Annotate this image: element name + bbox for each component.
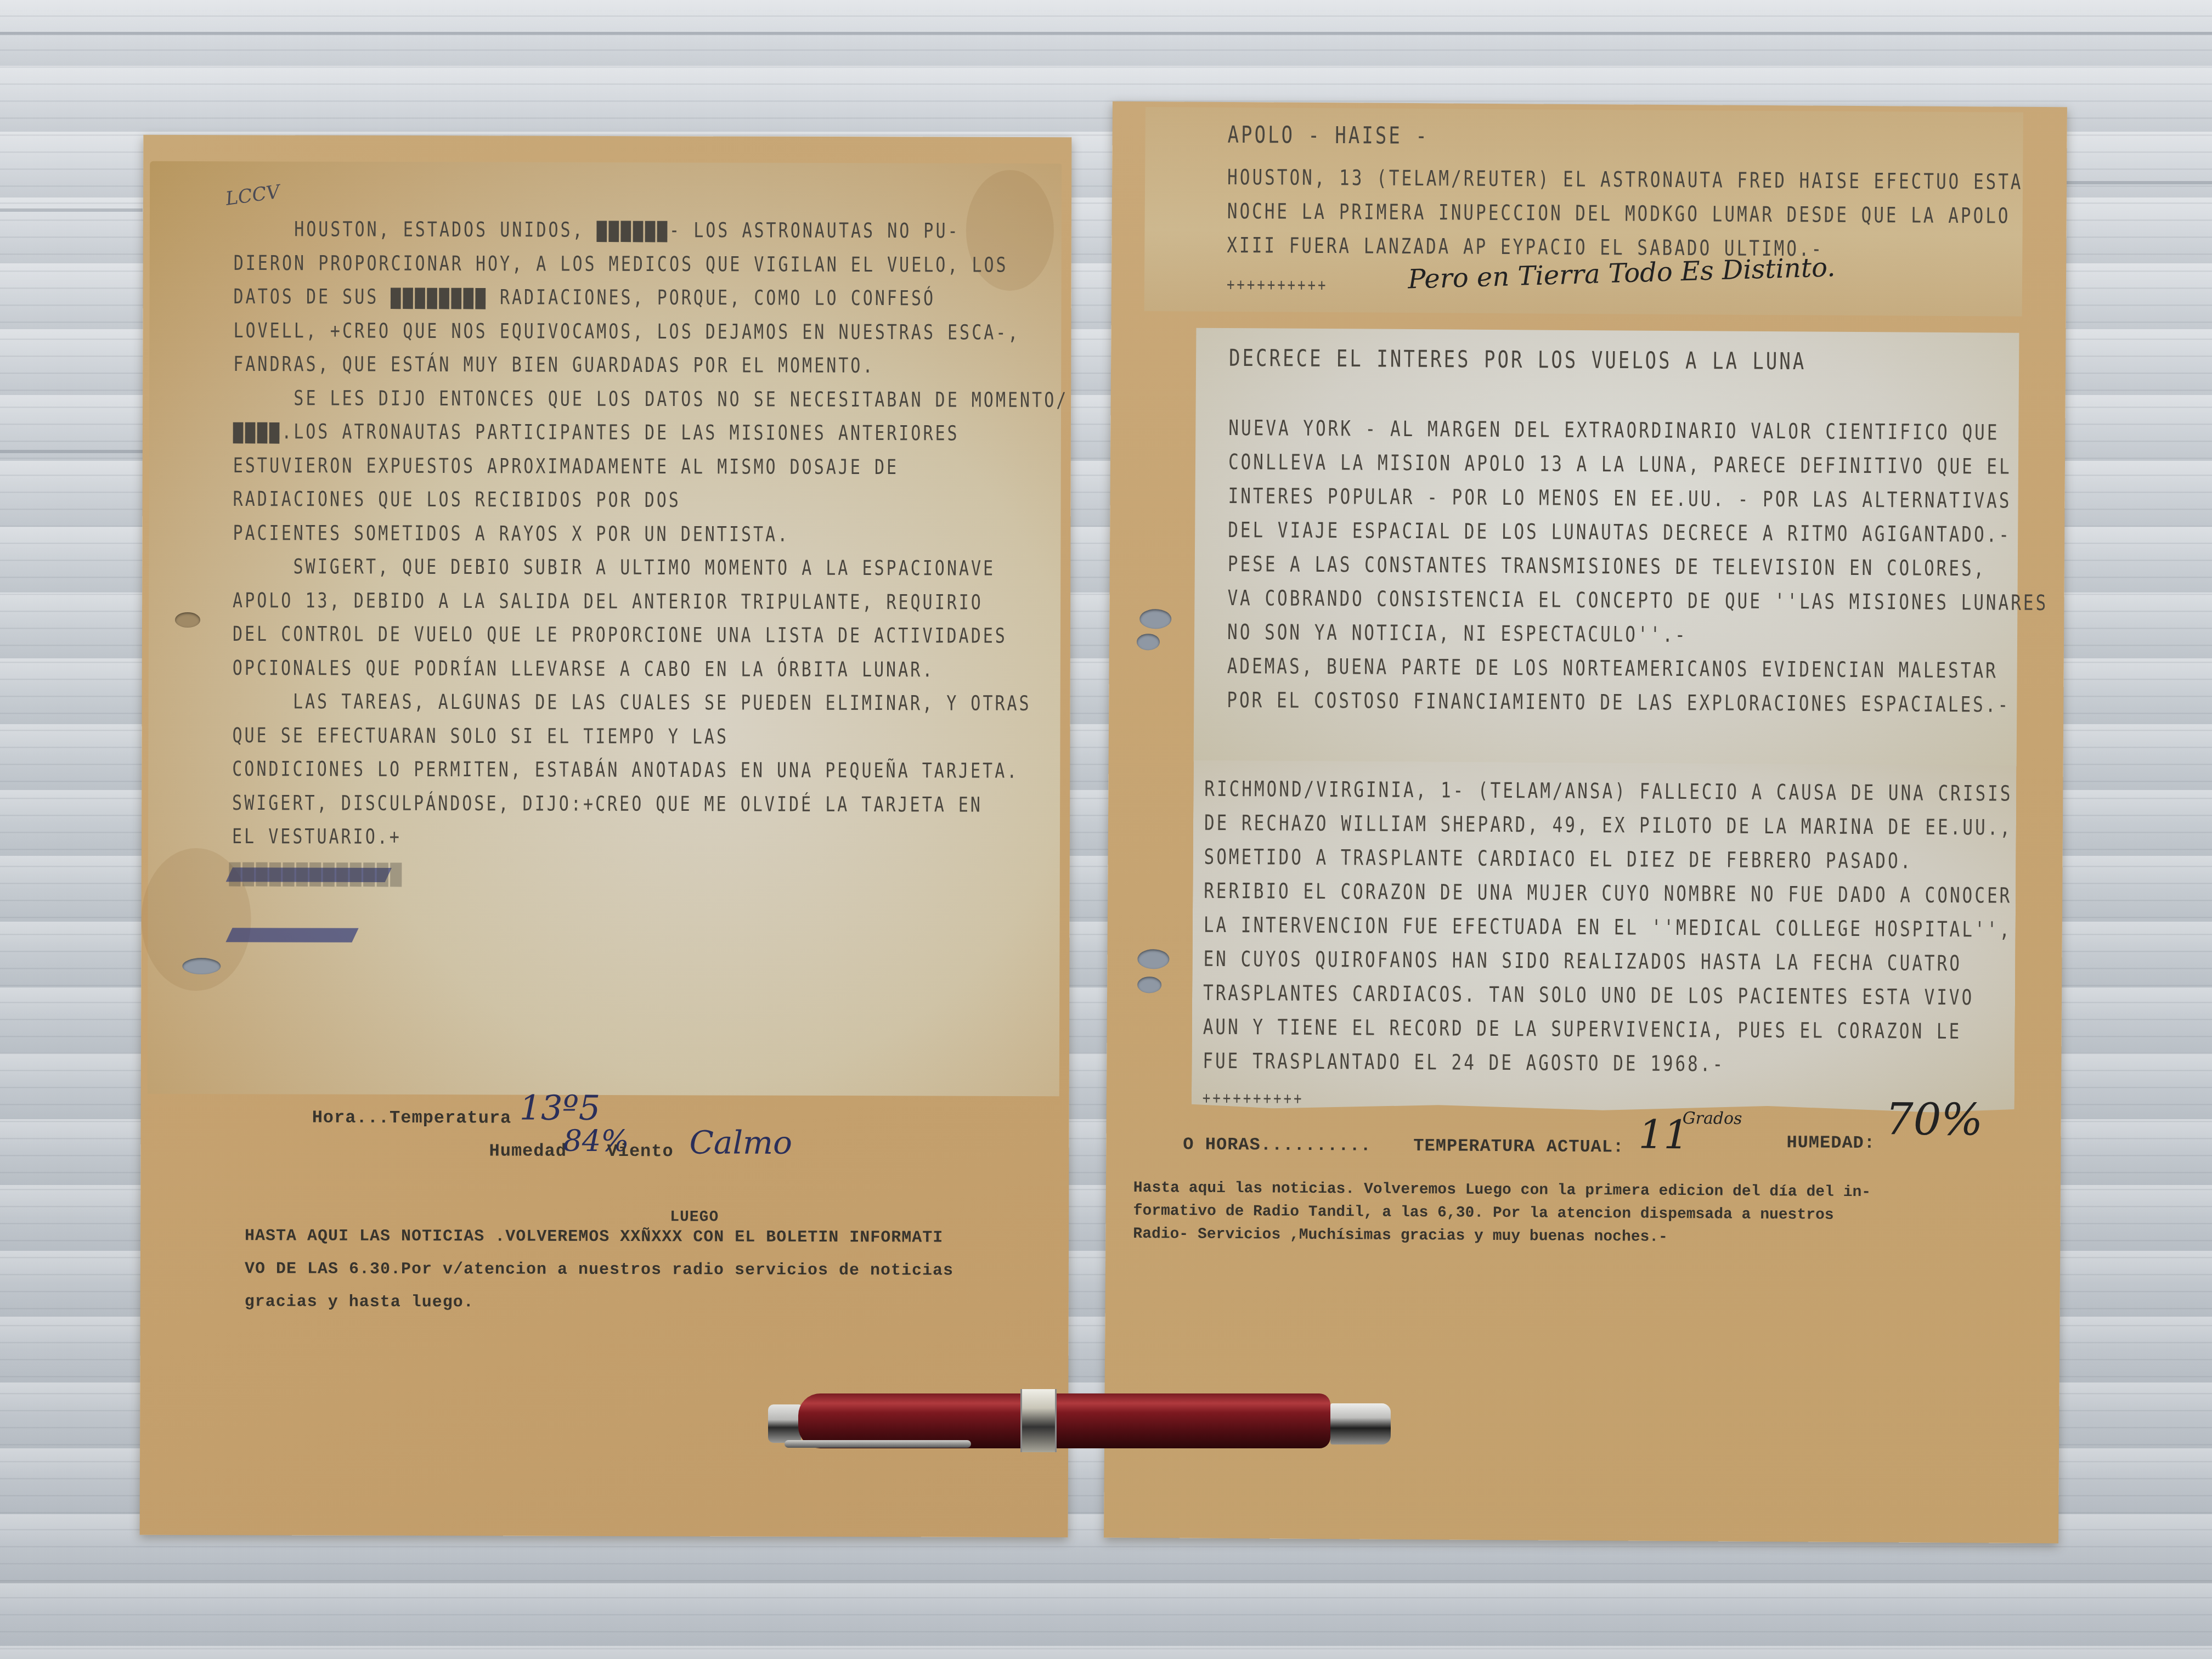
punch-hole	[1137, 949, 1169, 969]
typed-line: EN CUYOS QUIROFANOS HAN SIDO REALIZADOS …	[1203, 947, 1962, 976]
table-plank-seam	[0, 32, 2212, 35]
typed-line: LA INTERVENCION FUE EFECTUADA EN EL ''ME…	[1204, 913, 2012, 943]
punch-hole	[1137, 977, 1161, 993]
typed-line: ▇▇▇▇.LOS ATRONAUTAS PARTICIPANTES DE LAS…	[233, 420, 960, 445]
typed-line: EL VESTUARIO.+	[232, 825, 402, 849]
typed-line: NOCHE LA PRIMERA INUPECCION DEL MODKGO L…	[1227, 199, 2011, 229]
viento-label: Viento	[607, 1141, 673, 1161]
typed-line: SWIGERT, DISCULPÁNDOSE, DIJO:+CREO QUE M…	[232, 791, 983, 817]
typed-line: HASTA AQUI LAS NOTICIAS .VOLVEREMOS XXÑX…	[245, 1227, 943, 1247]
table-plank-seam	[0, 208, 143, 212]
table-plank-seam	[0, 1580, 2212, 1583]
typed-line: CONDICIONES LO PERMITEN, ESTABÁN ANOTADA…	[232, 757, 1019, 783]
typed-line: RICHMOND/VIRGINIA, 1- (TELAM/ANSA) FALLE…	[1204, 777, 2012, 806]
typed-line: POR EL COSTOSO FINANCIAMIENTO DE LAS EXP…	[1227, 688, 2010, 718]
typed-line: DE RECHAZO WILLIAM SHEPARD, 49, EX PILOT…	[1204, 811, 2012, 840]
humedad-label: Humedad	[489, 1141, 567, 1161]
typed-line: TRASPLANTES CARDIACOS. TAN SOLO UNO DE L…	[1203, 981, 1974, 1011]
temperature-value-handwritten: 11	[1638, 1111, 1689, 1158]
strip-title: DECRECE EL INTERES POR LOS VUELOS A LA L…	[1229, 345, 1806, 375]
typed-line: APOLO 13, DEBIDO A LA SALIDA DEL ANTERIO…	[233, 589, 983, 614]
strip-body: HOUSTON, 13 (TELAM/REUTER) EL ASTRONAUTA…	[1145, 107, 2023, 112]
telex-strip-richmond: RICHMOND/VIRGINIA, 1- (TELAM/ANSA) FALLE…	[1192, 760, 2017, 1116]
pen-center-band	[1020, 1389, 1057, 1452]
typed-line: VA COBRANDO CONSISTENCIA EL CONCEPTO DE …	[1227, 586, 2048, 616]
left-body-text: HOUSTON, ESTADOS UNIDOS, ▇▇▇▇▇▇- LOS AST…	[143, 135, 1071, 137]
temperature-unit-handwritten: Grados	[1683, 1109, 1742, 1128]
wind-value-handwritten: Calmo	[689, 1124, 792, 1161]
telex-strip-decrece-interes: DECRECE EL INTERES POR LOS VUELOS A LA L…	[1194, 328, 2019, 766]
table-plank-seam	[2063, 181, 2212, 184]
typed-line: Hasta aqui las noticias. Volveremos Lueg…	[1133, 1180, 1871, 1201]
separator: ++++++++++	[1227, 275, 1328, 295]
struck-out-text: ▇▇▇▇▇▇▇▇▇▇▇▇▇	[229, 859, 404, 887]
strip-body: NUEVA YORK - AL MARGEN DEL EXTRAORDINARI…	[1196, 328, 2019, 333]
typed-line: NUEVA YORK - AL MARGEN DEL EXTRAORDINARI…	[1228, 416, 1999, 445]
pen-cap-end	[768, 1404, 801, 1443]
typed-line: Radio- Servicios ,Muchísimas gracias y m…	[1133, 1226, 1668, 1246]
punch-hole	[1137, 634, 1160, 650]
separator: ++++++++++	[1203, 1088, 1304, 1108]
horas-label: O HORAS..........	[1183, 1135, 1372, 1156]
typed-line: VO DE LAS 6.30.Por v/atencion a nuestros…	[245, 1260, 953, 1280]
typed-line: OPCIONALES QUE PODRÍAN LLEVARSE A CABO E…	[233, 656, 935, 682]
typed-line: NO SON YA NOTICIA, NI ESPECTACULO''.-	[1227, 620, 1688, 647]
typed-line: SOMETIDO A TRASPLANTE CARDIACO EL DIEZ D…	[1204, 845, 1912, 874]
punch-hole	[182, 958, 221, 974]
typed-line: QUE SE EFECTUARAN SOLO SI EL TIEMPO Y LA…	[232, 724, 729, 749]
typed-line: SE LES DIJO ENTONCES QUE LOS DATOS NO SE…	[233, 386, 1068, 413]
hora-temperatura-label: Hora...Temperatura	[312, 1108, 512, 1128]
left-closing-text: HASTA AQUI LAS NOTICIAS .VOLVEREMOS XXÑX…	[143, 135, 1071, 137]
typed-line: formativo de Radio Tandil, a las 6,30. P…	[1133, 1203, 1834, 1224]
punch-hole	[175, 612, 200, 628]
humedad-label: HUMEDAD:	[1786, 1132, 1875, 1153]
typed-line: gracias y hasta luego.	[245, 1293, 474, 1312]
pen-end-cap	[1330, 1403, 1391, 1444]
pen-clip	[785, 1440, 971, 1448]
humidity-value-handwritten: 70%	[1885, 1093, 1983, 1145]
typed-line: DIERON PROPORCIONAR HOY, A LOS MEDICOS Q…	[234, 251, 1008, 277]
telex-strip-apolo-haise: APOLO - HAISE - HOUSTON, 13 (TELAM/REUTE…	[1144, 107, 2023, 317]
temperatura-actual-label: TEMPERATURA ACTUAL:	[1413, 1136, 1624, 1157]
strip-title: APOLO - HAISE -	[1227, 121, 1429, 150]
typed-line: PACIENTES SOMETIDOS A RAYOS X POR UN DEN…	[233, 521, 789, 546]
punch-hole	[1139, 609, 1171, 629]
right-closing-text: Hasta aqui las noticias. Volveremos Lueg…	[1113, 101, 2067, 108]
insertion-luego: LUEGO	[670, 1209, 719, 1226]
typed-line: AUN Y TIENE EL RECORD DE LA SUPERVIVENCI…	[1203, 1015, 1962, 1044]
typed-line: CONLLEVA LA MISION APOLO 13 A LA LUNA, P…	[1228, 450, 2012, 479]
typed-line: INTERES POPULAR - POR LO MENOS EN EE.UU.…	[1228, 484, 2011, 513]
typed-line: HOUSTON, 13 (TELAM/REUTER) EL ASTRONAUTA…	[1227, 165, 2023, 195]
left-bulletin-page: LCCV HOUSTON, ESTADOS UNIDOS, ▇▇▇▇▇▇- LO…	[140, 135, 1072, 1537]
typed-line: LOVELL, +CREO QUE NOS EQUIVOCAMOS, LOS D…	[233, 319, 1020, 345]
typed-line: DEL VIAJE ESPACIAL DE LOS LUNAUTAS DECRE…	[1228, 518, 2011, 548]
typed-line: HOUSTON, ESTADOS UNIDOS, ▇▇▇▇▇▇- LOS AST…	[234, 217, 960, 243]
typed-line: DATOS DE SUS ▇▇▇▇▇▇▇▇ RADIACIONES, PORQU…	[234, 285, 936, 311]
typed-line: FANDRAS, QUE ESTÁN MUY BIEN GUARDADAS PO…	[233, 352, 874, 378]
typed-line: LAS TAREAS, ALGUNAS DE LAS CUALES SE PUE…	[233, 690, 1031, 716]
typed-line: SWIGERT, QUE DEBIO SUBIR A ULTIMO MOMENT…	[233, 555, 995, 580]
typed-line: PESE A LAS CONSTANTES TRANSMISIONES DE T…	[1228, 552, 1987, 581]
fountain-pen	[763, 1388, 1393, 1459]
typed-line: DEL CONTROL DE VUELO QUE LE PROPORCIONE …	[233, 622, 1007, 648]
typed-line: RADIACIONES QUE LOS RECIBIDOS POR DOS	[233, 487, 681, 512]
typed-line: ESTUVIERON EXPUESTOS APROXIMADAMENTE AL …	[233, 454, 899, 479]
struck-out-line	[225, 928, 358, 943]
typed-line: ADEMAS, BUENA PARTE DE LOS NORTEAMERICAN…	[1227, 654, 1998, 684]
typed-line: FUE TRASPLANTADO EL 24 DE AGOSTO DE 1968…	[1203, 1049, 1725, 1077]
right-bulletin-page: APOLO - HAISE - HOUSTON, 13 (TELAM/REUTE…	[1104, 101, 2067, 1544]
typed-line: RERIBIO EL CORAZON DE UNA MUJER CUYO NOM…	[1204, 879, 2024, 909]
temperature-value-handwritten: 13º5	[520, 1088, 601, 1128]
table-plank-seam	[0, 450, 143, 453]
